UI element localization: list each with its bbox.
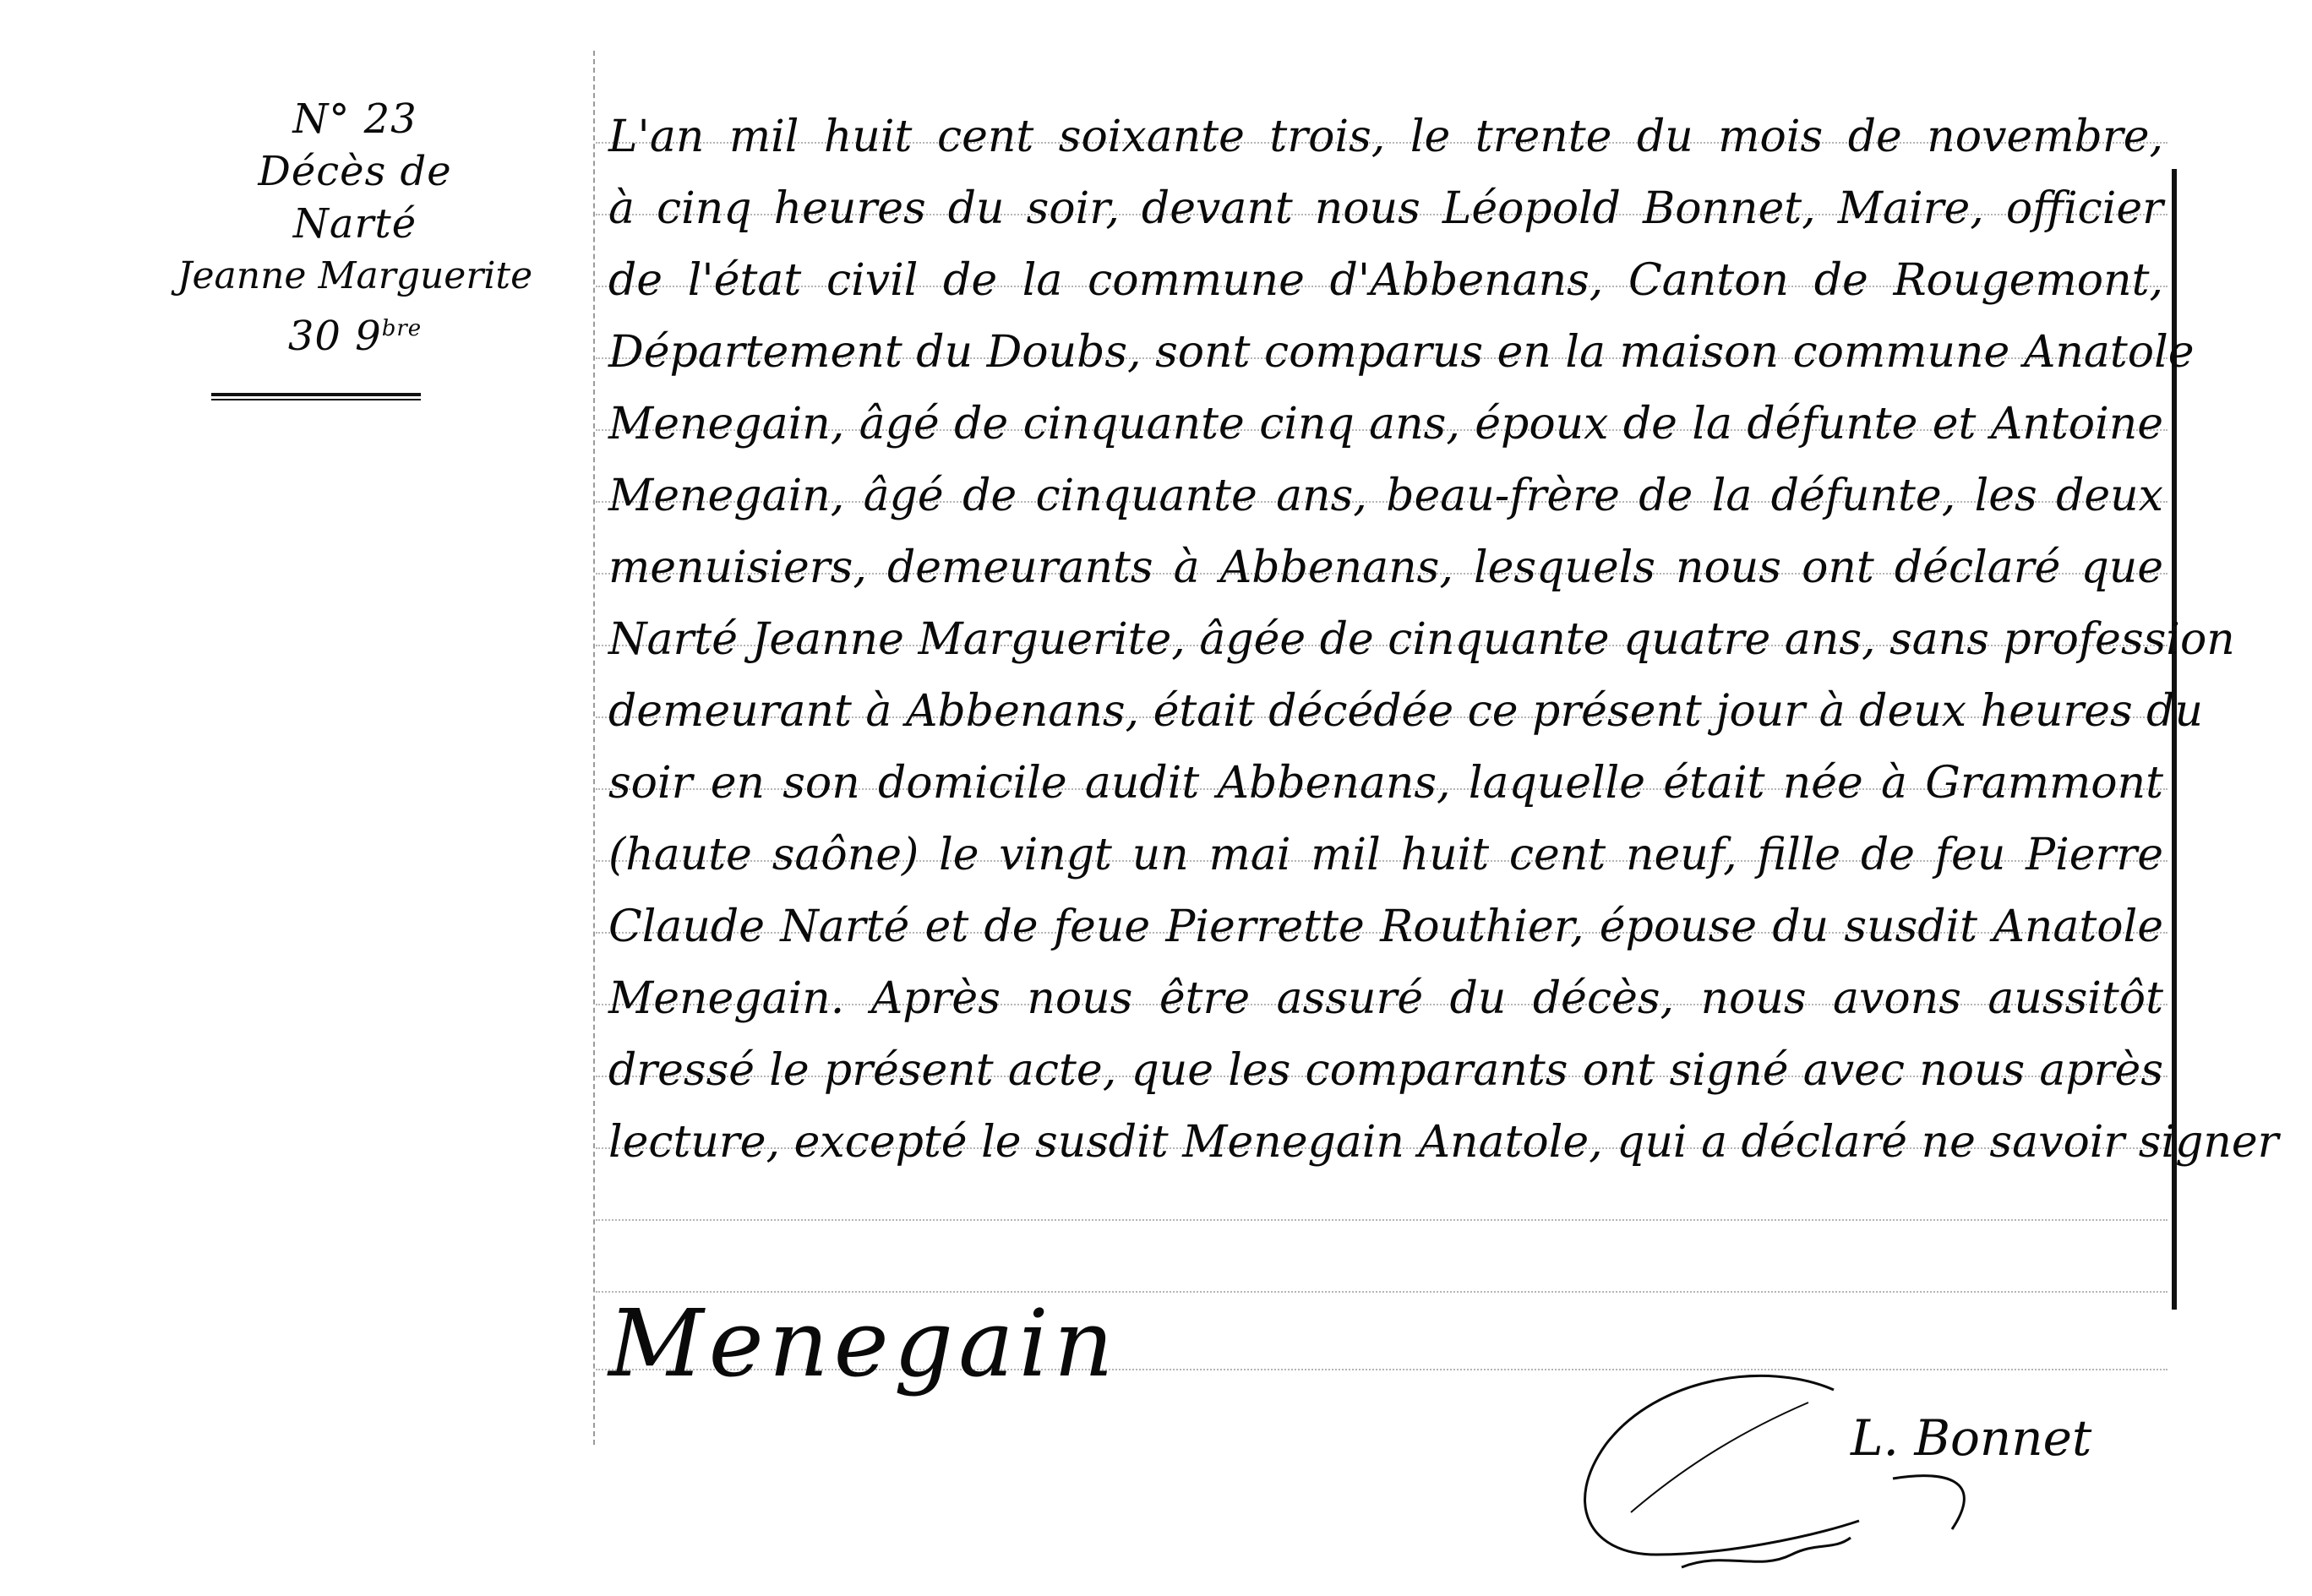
act-line-1: L'an mil huit cent soixante trois, le tr… — [608, 101, 2163, 173]
record-date-suffix: bre — [382, 316, 422, 341]
act-line-4: Département du Doubs, sont comparus en l… — [608, 317, 2163, 389]
act-line-14: dressé le présent acte, que les comparan… — [608, 1035, 2163, 1107]
act-line-9: demeurant à Abbenans, était décédée ce p… — [608, 676, 2163, 748]
left-margin-line — [593, 51, 595, 1445]
witness-signature: Menegain — [608, 1293, 1119, 1394]
act-line-3: de l'état civil de la commune d'Abbenans… — [608, 245, 2163, 317]
record-date-value: 30 9 — [288, 313, 382, 360]
mayor-signature: L. Bonnet — [1851, 1409, 2091, 1467]
act-line-11: (haute saône) le vingt un mai mil huit c… — [608, 820, 2163, 891]
act-line-7: menuisiers, demeurants à Abbenans, lesqu… — [608, 532, 2163, 604]
act-line-5: Menegain, âgé de cinquante cinq ans, épo… — [608, 389, 2163, 460]
act-line-8: Narté Jeanne Marguerite, âgée de cinquan… — [608, 604, 2163, 676]
margin-double-rule — [211, 393, 421, 400]
act-body: L'an mil huit cent soixante trois, le tr… — [608, 101, 2163, 1179]
ruled-line — [596, 1219, 2167, 1221]
record-number: N° 23 — [127, 93, 583, 145]
deceased-surname: Narté — [127, 198, 583, 250]
record-heading: Décès de — [127, 145, 583, 198]
act-line-13: Menegain. Après nous être assuré du décè… — [608, 963, 2163, 1035]
act-line-12: Claude Narté et de feue Pierrette Routhi… — [608, 891, 2163, 963]
deceased-given-names: Jeanne Marguerite — [127, 250, 583, 302]
record-date: 30 9bre — [127, 302, 583, 362]
margin-note: N° 23 Décès de Narté Jeanne Marguerite 3… — [127, 93, 583, 362]
register-page: N° 23 Décès de Narté Jeanne Marguerite 3… — [0, 0, 2312, 1596]
act-line-2: à cinq heures du soir, devant nous Léopo… — [608, 173, 2163, 245]
act-line-15: lecture, excepté le susdit Menegain Anat… — [608, 1107, 2163, 1179]
act-line-6: Menegain, âgé de cinquante ans, beau-frè… — [608, 460, 2163, 532]
act-line-10: soir en son domicile audit Abbenans, laq… — [608, 748, 2163, 820]
